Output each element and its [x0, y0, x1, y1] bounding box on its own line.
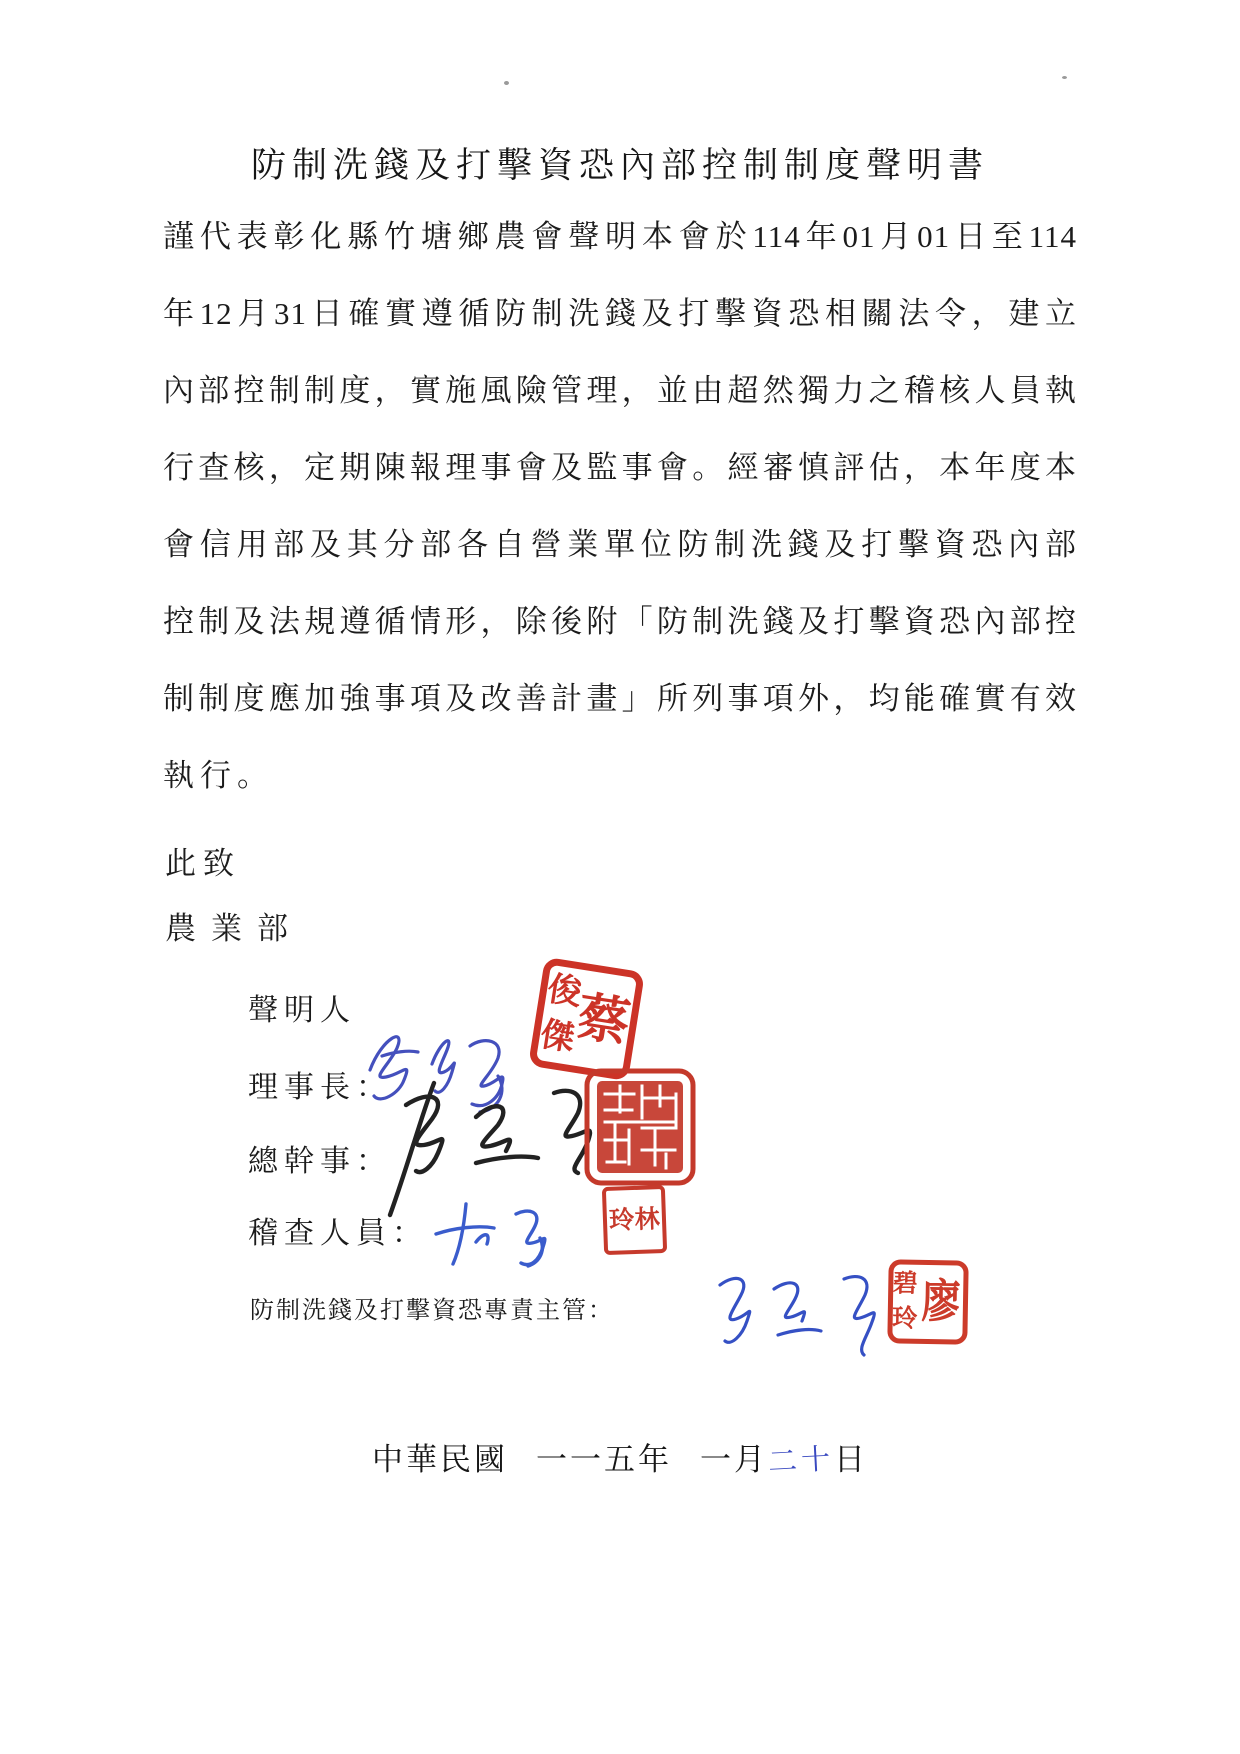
- auditor-name-seal: 玲 林: [602, 1185, 667, 1255]
- seal-char: 林: [634, 1207, 660, 1233]
- seal-char: 俊: [545, 973, 584, 1012]
- scan-speck: [1062, 76, 1067, 79]
- seal-char: 玲: [609, 1208, 635, 1234]
- date-line: 中華民國一一五年一月二十日: [0, 1434, 1240, 1479]
- aml-officer-signature-handwriting: [698, 1265, 893, 1365]
- body-line: 執行。: [163, 737, 1077, 814]
- general-manager-seal: [584, 1068, 696, 1186]
- body-line: 行查核，定期陳報理事會及監事會。經審慎評估，本年度本: [163, 429, 1077, 506]
- seal-char: 傑: [538, 1018, 577, 1057]
- seal-right-column: 林: [634, 1191, 661, 1248]
- seal-char: 廖: [921, 1279, 961, 1326]
- auditor-signature-handwriting: [420, 1192, 575, 1272]
- chairman-name-seal: 俊 傑 蔡: [528, 957, 645, 1081]
- body-line: 控制及法規遵循情形，除後附「防制洗錢及打擊資恐內部控: [163, 583, 1077, 660]
- aml-officer-name-seal: 碧 玲 廖: [887, 1259, 968, 1344]
- date-month: 一月: [700, 1442, 768, 1477]
- recipient-ministry: 農業部: [165, 903, 303, 948]
- date-year: 一一五年: [536, 1442, 672, 1477]
- body-line: 會信用部及其分部各自營業單位防制洗錢及打擊資恐內部: [163, 506, 1077, 583]
- declarant-label: 聲明人: [248, 985, 356, 1029]
- body-line: 內部控制制度，實施風險管理，並由超然獨力之稽核人員執: [163, 352, 1077, 429]
- closing-phrase: 此致: [165, 838, 241, 883]
- document-title: 防制洗錢及打擊資恐內部控制制度聲明書: [0, 138, 1240, 188]
- seal-char: 蔡: [574, 992, 634, 1051]
- body-line: 制制度應加強事項及改善計畫」所列事項外，均能確實有效: [163, 660, 1077, 737]
- seal-left-column: 碧 玲: [892, 1266, 918, 1336]
- body-line: 謹代表彰化縣竹塘鄉農會聲明本會於114年01月01日至114: [163, 198, 1077, 275]
- date-era: 中華民國: [372, 1442, 508, 1477]
- aml-officer-label: 防制洗錢及打擊資恐專責主管：: [250, 1290, 614, 1325]
- date-day-suffix: 日: [834, 1442, 868, 1477]
- body-paragraph: 謹代表彰化縣竹塘鄉農會聲明本會於114年01月01日至114 年12月31日確實…: [163, 198, 1077, 814]
- seal-right-column: 廖: [917, 1267, 964, 1338]
- seal-char: 玲: [892, 1306, 917, 1331]
- scan-speck: [504, 81, 509, 85]
- date-day-handwritten: 二十: [767, 1436, 835, 1480]
- general-manager-label: 總幹事：: [248, 1136, 392, 1180]
- seal-left-column: 玲: [608, 1192, 635, 1249]
- seal-char: 碧: [893, 1271, 918, 1296]
- body-line: 年12月31日確實遵循防制洗錢及打擊資恐相關法令，建立: [163, 275, 1077, 352]
- declaration-document-page: 防制洗錢及打擊資恐內部控制制度聲明書 謹代表彰化縣竹塘鄉農會聲明本會於114年0…: [0, 0, 1240, 1754]
